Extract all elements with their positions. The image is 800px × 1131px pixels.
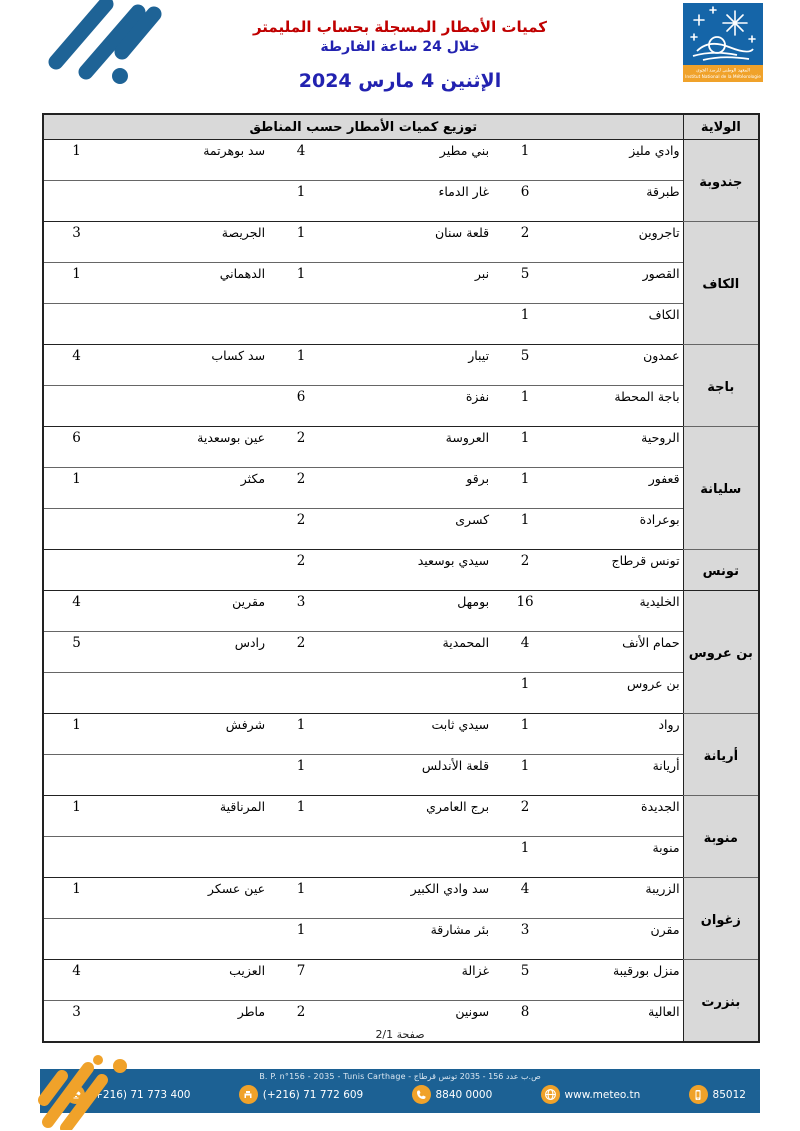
station-name-cell: رواد bbox=[558, 714, 683, 755]
rainfall-value-cell: 1 bbox=[43, 263, 109, 304]
station-name-cell bbox=[334, 837, 492, 878]
fax-icon bbox=[239, 1085, 258, 1104]
rainfall-value-cell: 1 bbox=[43, 796, 109, 837]
rainfall-value-cell: 1 bbox=[492, 755, 558, 796]
rainfall-value-cell: 1 bbox=[43, 714, 109, 755]
rainfall-value-cell bbox=[43, 837, 109, 878]
station-name-cell: شرفش bbox=[109, 714, 268, 755]
footer-bar: ص.ب عدد 156 - 2035 تونس قرطاج - B. P. n°… bbox=[40, 1069, 760, 1113]
station-name-cell: قلعة سنان bbox=[334, 222, 492, 263]
table-row: قعفور1برقو2مكثر1 bbox=[43, 468, 759, 509]
station-name-cell: سد وادي الكبير bbox=[334, 878, 492, 919]
call-center-icon bbox=[412, 1085, 431, 1104]
table-row: الكافتاجروين2قلعة سنان1الجريصة3 bbox=[43, 222, 759, 263]
contact-text: (+216) 71 772 609 bbox=[263, 1089, 364, 1101]
station-name-cell: بني مطير bbox=[334, 140, 492, 181]
rainfall-value-cell: 1 bbox=[492, 468, 558, 509]
rainfall-value-cell bbox=[43, 509, 109, 550]
table-row: منوبةالجديدة2برج العامري1المرناقية1 bbox=[43, 796, 759, 837]
table-row: بن عروسالخليدية16بومهل3مقرين4 bbox=[43, 591, 759, 632]
station-name-cell: الجريصة bbox=[109, 222, 268, 263]
station-name-cell: الروحية bbox=[558, 427, 683, 468]
station-name-cell: سيدي ثابت bbox=[334, 714, 492, 755]
table-row: منوبة1 bbox=[43, 837, 759, 878]
rainfall-value-cell: 5 bbox=[492, 263, 558, 304]
rainfall-value-cell: 5 bbox=[43, 632, 109, 673]
snowflake-icon bbox=[723, 11, 747, 35]
table-row: مقرن3بئر مشارقة1 bbox=[43, 919, 759, 960]
station-name-cell: العروسة bbox=[334, 427, 492, 468]
station-name-cell: بومهل bbox=[334, 591, 492, 632]
rainfall-value-cell: 1 bbox=[43, 140, 109, 181]
rainfall-value-cell bbox=[43, 755, 109, 796]
station-name-cell: سد كساب bbox=[109, 345, 268, 386]
station-name-cell: عمدون bbox=[558, 345, 683, 386]
wilaya-cell: سليانة bbox=[683, 427, 759, 550]
inm-caption-ar: المعهد الوطني للرصد الجوي bbox=[696, 69, 750, 74]
table-row: بن عروس1 bbox=[43, 673, 759, 714]
rainfall-value-cell: 1 bbox=[43, 468, 109, 509]
station-name-cell: غزالة bbox=[334, 960, 492, 1001]
table-row: بنزرتمنزل بورقيبة5غزالة7العزيب4 bbox=[43, 960, 759, 1001]
station-name-cell bbox=[334, 304, 492, 345]
station-name-cell: المحمدية bbox=[334, 632, 492, 673]
station-name-cell bbox=[109, 755, 268, 796]
rainfall-value-cell: 3 bbox=[43, 222, 109, 263]
table-row: حمام الأنف4المحمدية2رادس5 bbox=[43, 632, 759, 673]
rainfall-value-cell bbox=[43, 673, 109, 714]
rainfall-value-cell bbox=[43, 386, 109, 427]
footer-address: ص.ب عدد 156 - 2035 تونس قرطاج - B. P. n°… bbox=[40, 1069, 760, 1081]
rainfall-value-cell: 5 bbox=[492, 345, 558, 386]
rainfall-value-cell: 2 bbox=[268, 509, 334, 550]
table-row: جندوبةوادي مليز1بني مطير4سد بوهرتمة1 bbox=[43, 140, 759, 181]
rainfall-value-cell: 1 bbox=[492, 837, 558, 878]
table-title-cell: توزيع كميات الأمطار حسب المناطق bbox=[43, 114, 683, 140]
rainfall-value-cell: 4 bbox=[492, 632, 558, 673]
report-subtitle: خلال 24 ساعة الفارطة bbox=[0, 39, 800, 55]
rainfall-value-cell: 1 bbox=[492, 304, 558, 345]
wilaya-cell: الكاف bbox=[683, 222, 759, 345]
table-row: أريانة1قلعة الأندلس1 bbox=[43, 755, 759, 796]
station-name-cell: المرناقية bbox=[109, 796, 268, 837]
station-name-cell: رادس bbox=[109, 632, 268, 673]
station-name-cell: عين عسكر bbox=[109, 878, 268, 919]
station-name-cell: وادي مليز bbox=[558, 140, 683, 181]
rainfall-value-cell: 5 bbox=[492, 960, 558, 1001]
rainfall-value-cell bbox=[268, 837, 334, 878]
wilaya-cell: منوبة bbox=[683, 796, 759, 878]
rainfall-value-cell: 3 bbox=[268, 591, 334, 632]
wilaya-cell: بن عروس bbox=[683, 591, 759, 714]
rainfall-value-cell bbox=[43, 919, 109, 960]
station-name-cell bbox=[109, 837, 268, 878]
table-row: زغوانالزريبة4سد وادي الكبير1عين عسكر1 bbox=[43, 878, 759, 919]
station-name-cell: الخليدية bbox=[558, 591, 683, 632]
table-row: أريانةرواد1سيدي ثابت1شرفش1 bbox=[43, 714, 759, 755]
station-name-cell: غار الدماء bbox=[334, 181, 492, 222]
rainfall-value-cell: 1 bbox=[492, 714, 558, 755]
station-name-cell bbox=[109, 181, 268, 222]
station-name-cell: مكثر bbox=[109, 468, 268, 509]
table-header-row: الولاية توزيع كميات الأمطار حسب المناطق bbox=[43, 114, 759, 140]
footer-contacts: (+216) 71 773 400(+216) 71 772 6098840 0… bbox=[40, 1081, 760, 1104]
wilaya-cell: أريانة bbox=[683, 714, 759, 796]
page-number: صفحة 2/1 bbox=[0, 1028, 800, 1041]
station-name-cell: منزل بورقيبة bbox=[558, 960, 683, 1001]
station-name-cell: نبر bbox=[334, 263, 492, 304]
station-name-cell bbox=[109, 919, 268, 960]
station-name-cell: بن عروس bbox=[558, 673, 683, 714]
rainfall-value-cell: 1 bbox=[268, 222, 334, 263]
station-name-cell bbox=[109, 386, 268, 427]
rainfall-value-cell: 1 bbox=[492, 140, 558, 181]
station-name-cell: تاجروين bbox=[558, 222, 683, 263]
rainfall-value-cell: 2 bbox=[492, 550, 558, 591]
rainfall-value-cell: 4 bbox=[492, 878, 558, 919]
table-row: باجةعمدون5تيبار1سد كساب4 bbox=[43, 345, 759, 386]
contact-item: (+216) 71 772 609 bbox=[239, 1085, 364, 1104]
station-name-cell bbox=[109, 509, 268, 550]
table-row: طبرقة6غار الدماء1 bbox=[43, 181, 759, 222]
wilaya-cell: تونس bbox=[683, 550, 759, 591]
station-name-cell: العزيب bbox=[109, 960, 268, 1001]
station-name-cell: سد بوهرتمة bbox=[109, 140, 268, 181]
report-title: كميات الأمطار المسجلة بحساب المليمتر bbox=[0, 18, 800, 36]
table-row: الكاف1 bbox=[43, 304, 759, 345]
station-name-cell bbox=[109, 304, 268, 345]
rainfall-value-cell: 7 bbox=[268, 960, 334, 1001]
station-name-cell bbox=[109, 673, 268, 714]
rainfall-value-cell: 6 bbox=[268, 386, 334, 427]
rainfall-value-cell: 1 bbox=[268, 796, 334, 837]
rainfall-value-cell bbox=[43, 181, 109, 222]
rainfall-value-cell: 4 bbox=[268, 140, 334, 181]
station-name-cell bbox=[109, 550, 268, 591]
inm-logo: المعهد الوطني للرصد الجوي Institut Natio… bbox=[683, 3, 763, 82]
rainfall-value-cell: 16 bbox=[492, 591, 558, 632]
report-title-block: كميات الأمطار المسجلة بحساب المليمتر خلا… bbox=[0, 18, 800, 55]
footer-streaks-logo bbox=[36, 1050, 136, 1130]
contact-text: 85012 bbox=[713, 1089, 746, 1101]
station-name-cell: سيدي بوسعيد bbox=[334, 550, 492, 591]
station-name-cell: مقرن bbox=[558, 919, 683, 960]
table-row: القصور5نبر1الدهماني1 bbox=[43, 263, 759, 304]
station-name-cell: طبرقة bbox=[558, 181, 683, 222]
rainfall-value-cell: 1 bbox=[492, 386, 558, 427]
rainfall-value-cell: 1 bbox=[268, 345, 334, 386]
rainfall-value-cell: 4 bbox=[43, 591, 109, 632]
station-name-cell: تيبار bbox=[334, 345, 492, 386]
rainfall-value-cell: 6 bbox=[43, 427, 109, 468]
inm-caption-fr: Institut National de la Météorologie bbox=[685, 73, 761, 80]
rainfall-value-cell bbox=[268, 304, 334, 345]
station-name-cell: الزريبة bbox=[558, 878, 683, 919]
station-name-cell: بئر مشارقة bbox=[334, 919, 492, 960]
rainfall-value-cell: 1 bbox=[268, 919, 334, 960]
rainfall-value-cell: 6 bbox=[492, 181, 558, 222]
contact-item: www.meteo.tn bbox=[541, 1085, 641, 1104]
table-row: باجة المحطة1نفزة6 bbox=[43, 386, 759, 427]
station-name-cell bbox=[334, 673, 492, 714]
contact-text: www.meteo.tn bbox=[565, 1089, 641, 1101]
rainfall-value-cell: 3 bbox=[492, 919, 558, 960]
rainfall-value-cell bbox=[43, 304, 109, 345]
station-name-cell: كسرى bbox=[334, 509, 492, 550]
station-name-cell: عين بوسعدية bbox=[109, 427, 268, 468]
station-name-cell: قعفور bbox=[558, 468, 683, 509]
station-name-cell: باجة المحطة bbox=[558, 386, 683, 427]
wilaya-cell: جندوبة bbox=[683, 140, 759, 222]
station-name-cell: تونس قرطاج bbox=[558, 550, 683, 591]
rainfall-table: الولاية توزيع كميات الأمطار حسب المناطق … bbox=[42, 113, 760, 1043]
rainfall-value-cell: 1 bbox=[268, 714, 334, 755]
station-name-cell: الدهماني bbox=[109, 263, 268, 304]
station-name-cell: حمام الأنف bbox=[558, 632, 683, 673]
globe-icon bbox=[541, 1085, 560, 1104]
table-row: سليانةالروحية1العروسة2عين بوسعدية6 bbox=[43, 427, 759, 468]
station-name-cell: منوبة bbox=[558, 837, 683, 878]
table-row: بوعرادة1كسرى2 bbox=[43, 509, 759, 550]
rainfall-value-cell bbox=[268, 673, 334, 714]
rainfall-value-cell: 4 bbox=[43, 345, 109, 386]
column-header-wilaya: الولاية bbox=[683, 114, 759, 140]
rainfall-value-cell: 1 bbox=[492, 509, 558, 550]
rainfall-value-cell: 1 bbox=[43, 878, 109, 919]
station-name-cell: بوعرادة bbox=[558, 509, 683, 550]
mobile-icon bbox=[689, 1085, 708, 1104]
rainfall-value-cell: 1 bbox=[268, 878, 334, 919]
rainfall-value-cell: 2 bbox=[268, 427, 334, 468]
station-name-cell: مقرين bbox=[109, 591, 268, 632]
station-name-cell: الجديدة bbox=[558, 796, 683, 837]
table-row: تونستونس قرطاج2سيدي بوسعيد2 bbox=[43, 550, 759, 591]
report-date: الإثنين 4 مارس 2024 bbox=[0, 70, 800, 92]
rainfall-value-cell: 1 bbox=[268, 181, 334, 222]
rainfall-value-cell: 1 bbox=[268, 263, 334, 304]
rainfall-value-cell: 1 bbox=[492, 427, 558, 468]
rainfall-value-cell: 2 bbox=[268, 550, 334, 591]
rainfall-value-cell: 1 bbox=[492, 673, 558, 714]
rainfall-value-cell bbox=[43, 550, 109, 591]
rainfall-value-cell: 4 bbox=[43, 960, 109, 1001]
station-name-cell: نفزة bbox=[334, 386, 492, 427]
rainfall-value-cell: 2 bbox=[268, 632, 334, 673]
station-name-cell: أريانة bbox=[558, 755, 683, 796]
station-name-cell: الكاف bbox=[558, 304, 683, 345]
rainfall-value-cell: 2 bbox=[492, 796, 558, 837]
rainfall-value-cell: 1 bbox=[268, 755, 334, 796]
contact-text: 8840 0000 bbox=[436, 1089, 493, 1101]
wilaya-cell: زغوان bbox=[683, 878, 759, 960]
rainfall-value-cell: 2 bbox=[268, 468, 334, 509]
station-name-cell: قلعة الأندلس bbox=[334, 755, 492, 796]
contact-item: 85012 bbox=[689, 1085, 746, 1104]
station-name-cell: برج العامري bbox=[334, 796, 492, 837]
contact-item: 8840 0000 bbox=[412, 1085, 493, 1104]
rainfall-value-cell: 2 bbox=[492, 222, 558, 263]
wilaya-cell: باجة bbox=[683, 345, 759, 427]
station-name-cell: برقو bbox=[334, 468, 492, 509]
station-name-cell: القصور bbox=[558, 263, 683, 304]
